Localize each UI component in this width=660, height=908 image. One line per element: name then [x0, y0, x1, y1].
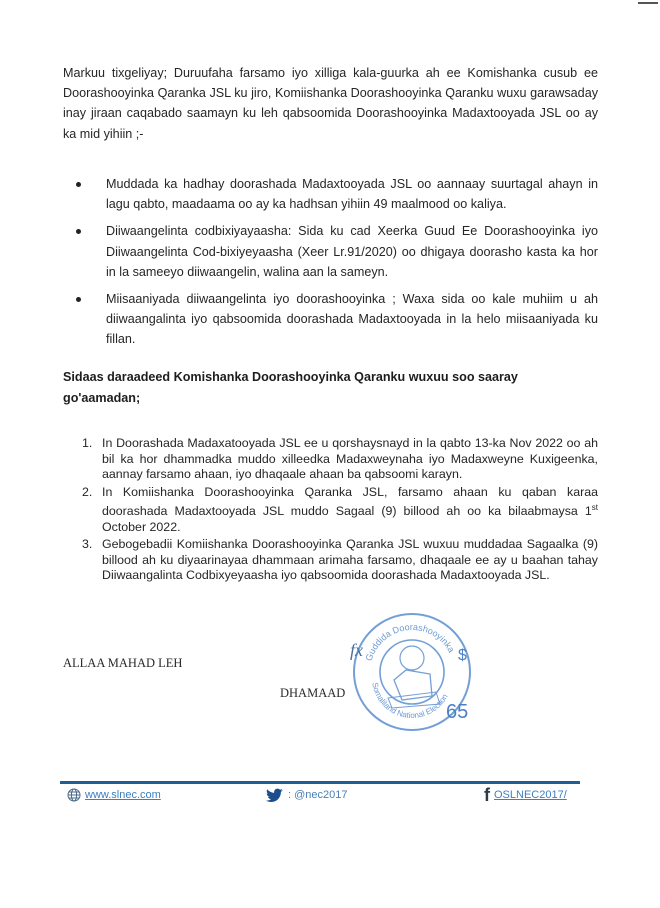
ordinal-suffix: st — [592, 503, 598, 512]
twitter-handle[interactable]: : @nec2017 — [288, 789, 348, 801]
footer-facebook[interactable]: f OSLNEC2017/ — [484, 788, 567, 802]
item-number: 2. — [82, 485, 92, 501]
decisions-list: 1. In Doorashada Madaxatooyada JSL ee u … — [82, 436, 598, 586]
decision-item: 3. Gebogebadii Komiishanka Doorashooyink… — [82, 537, 598, 584]
bullet-item: Diiwaangelinta codbixiyayaasha: Sida ku … — [63, 221, 598, 282]
decision-item: 2. In Komiishanka Doorashooyinka Qaranka… — [82, 485, 598, 536]
item-number: 3. — [82, 537, 92, 553]
facebook-f-icon: f — [484, 788, 490, 802]
item-text-end: October 2022. — [102, 520, 181, 534]
item-text: In Doorashada Madaxatooyada JSL ee u qor… — [102, 436, 598, 481]
footer-website[interactable]: www.slnec.com — [67, 788, 161, 802]
scan-corner-mark — [638, 2, 658, 4]
website-link[interactable]: www.slnec.com — [85, 789, 161, 801]
svg-text:fx: fx — [350, 640, 363, 660]
footer-divider — [60, 781, 580, 784]
item-text: In Komiishanka Doorashooyinka Qaranka JS… — [102, 485, 598, 519]
signoff: DHAMAAD — [280, 686, 345, 701]
footer-twitter[interactable]: : @nec2017 — [266, 788, 348, 802]
svg-text:Guddida Doorashooyinka: Guddida Doorashooyinka — [364, 622, 457, 662]
official-stamp: Guddida Doorashooyinka Somaliland Nation… — [348, 608, 476, 736]
decision-item: 1. In Doorashada Madaxatooyada JSL ee u … — [82, 436, 598, 483]
svg-text:Somaliland National Election: Somaliland National Election — [370, 682, 449, 720]
closing-line: ALLAA MAHAD LEH — [63, 656, 182, 671]
obstacles-list: Muddada ka hadhay doorashada Madaxtooyad… — [63, 174, 598, 357]
bullet-item: Muddada ka hadhay doorashada Madaxtooyad… — [63, 174, 598, 214]
svg-text:65: 65 — [446, 701, 468, 723]
stamp-seal-icon: Guddida Doorashooyinka Somaliland Nation… — [348, 608, 476, 736]
globe-icon — [67, 788, 81, 802]
item-text: Gebogebadii Komiishanka Doorashooyinka Q… — [102, 537, 598, 582]
item-number: 1. — [82, 436, 92, 452]
svg-text:$: $ — [458, 647, 467, 664]
intro-paragraph: Markuu tixgeliyay; Duruufaha farsamo iyo… — [63, 63, 598, 144]
twitter-bird-icon — [266, 788, 284, 802]
decision-heading: Sidaas daraadeed Komishanka Doorashooyin… — [63, 367, 563, 409]
facebook-link[interactable]: OSLNEC2017/ — [494, 789, 567, 801]
bullet-item: Miisaaniyada diiwaangelinta iyo doorasho… — [63, 289, 598, 350]
